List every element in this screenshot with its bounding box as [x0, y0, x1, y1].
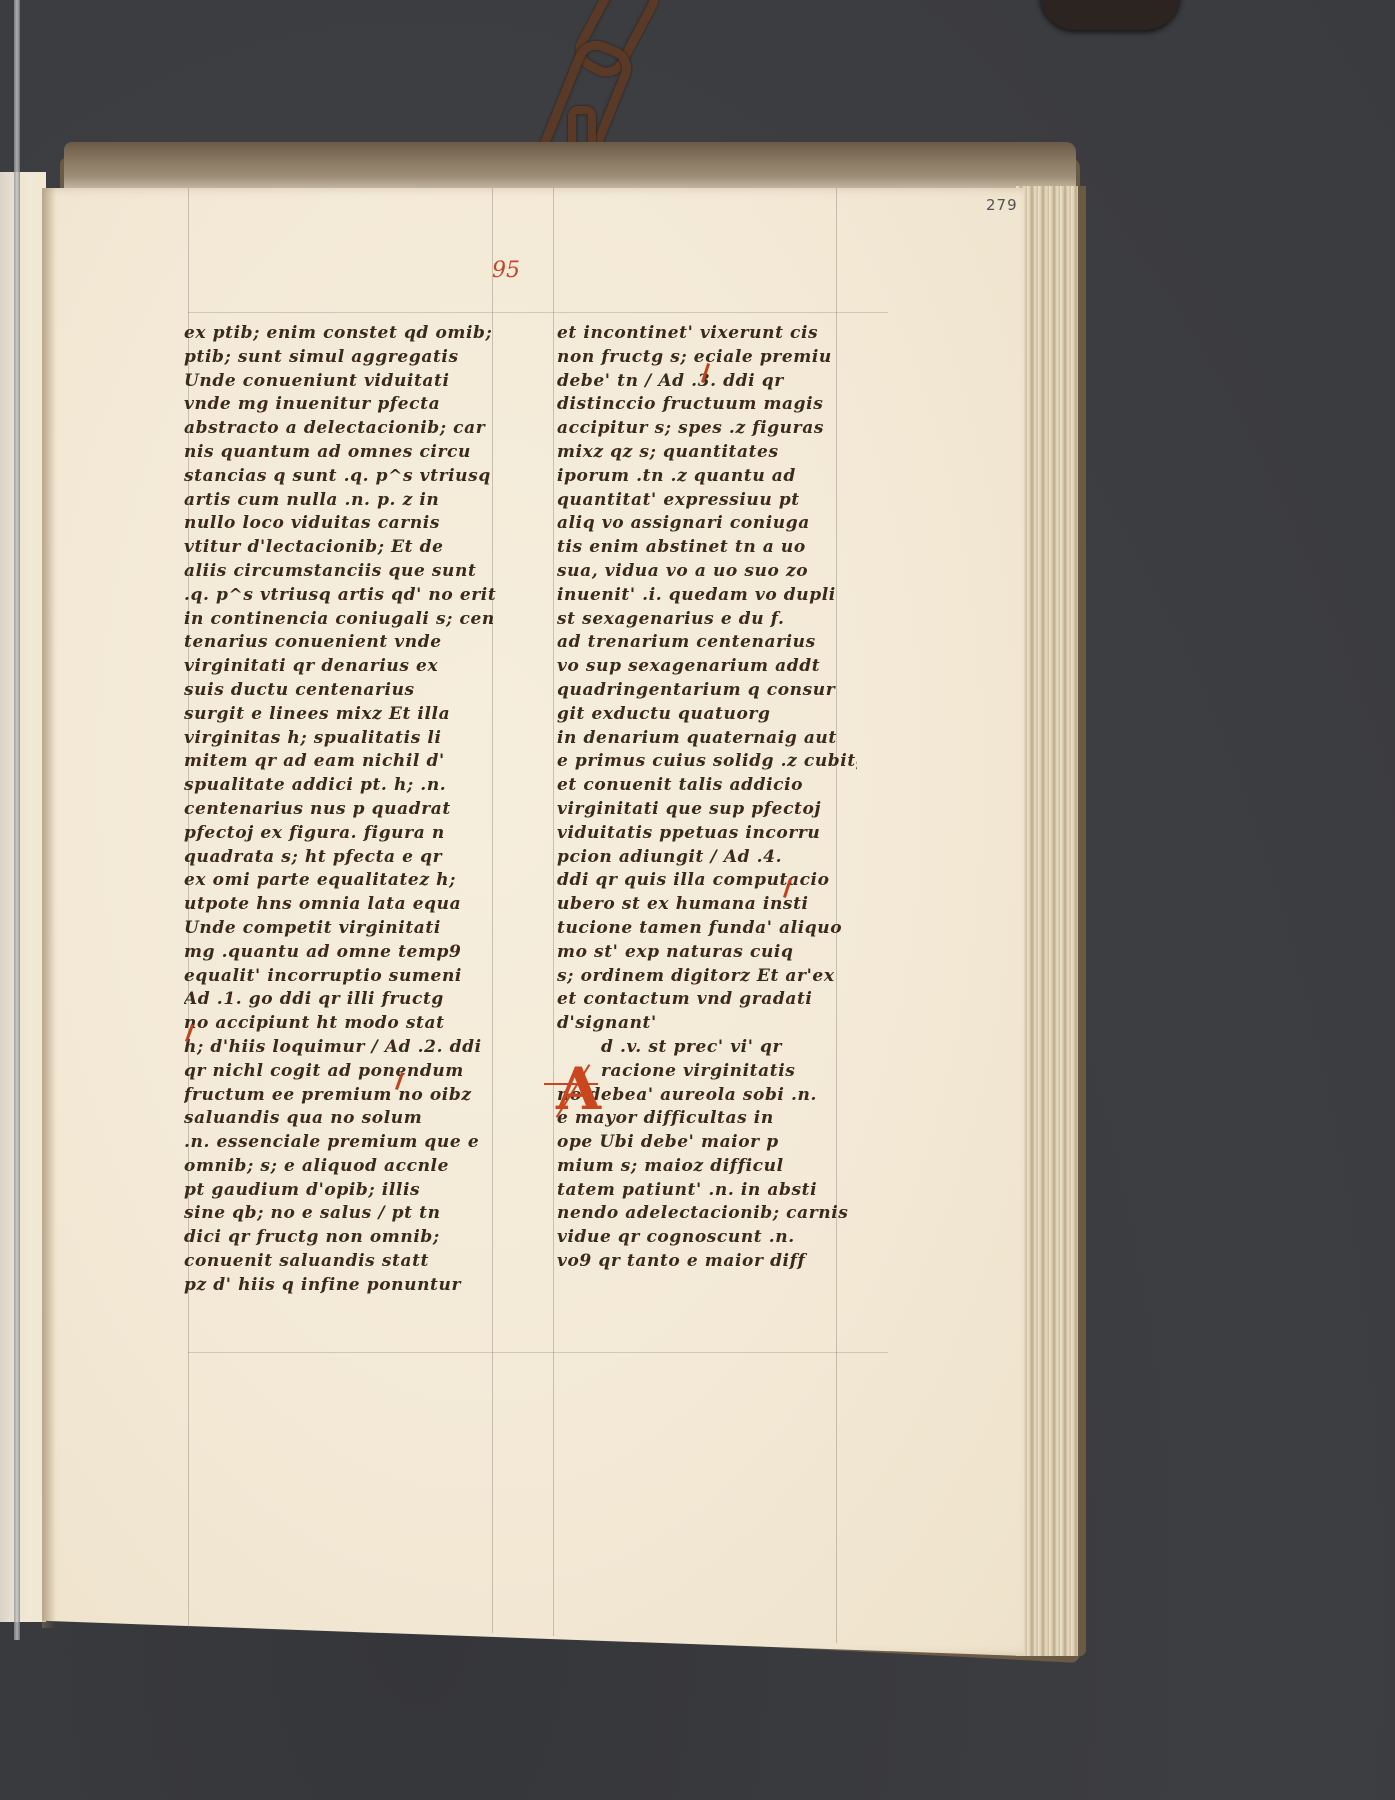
text-column-left: ex ptib; enim constet qd omib; ptib; sun… [184, 322, 496, 1298]
text-line: abstracto a delectacionib; car [184, 417, 496, 441]
text-line: quantitat' expressiuu pt [557, 489, 857, 513]
page-stack-fore-edge [1016, 186, 1086, 1656]
text-line: virginitati que sup pfectoj [557, 798, 857, 822]
text-line: et contactum vnd gradati [557, 988, 857, 1012]
text-line: pt gaudium d'opib; illis [184, 1179, 496, 1203]
text-line: Unde competit virginitati [184, 917, 496, 941]
text-line: viduitatis ppetuas incorru [557, 822, 857, 846]
text-line: in denarium quaternaig aut [557, 727, 857, 751]
text-line: ad trenarium centenarius [557, 631, 857, 655]
text-line: tatem patiunt' .n. in absti [557, 1179, 857, 1203]
text-line: conuenit saluandis statt [184, 1250, 496, 1274]
text-line: tenarius conuenient vnde [184, 631, 496, 655]
text-line: d .v. st prec' vi' qr [557, 1036, 857, 1060]
text-line: suis ductu centenarius [184, 679, 496, 703]
text-line: mitem qr ad eam nichil d' [184, 750, 496, 774]
text-line: ubero st ex humana insti [557, 893, 857, 917]
text-line: .q. p^s vtriusq artis qd' no erit [184, 584, 496, 608]
text-line: iporum .tn .z quantu ad [557, 465, 857, 489]
text-line: e mayor difficultas in [557, 1107, 857, 1131]
text-line: mium s; maioz difficul [557, 1155, 857, 1179]
text-line: vnde mg inuenitur pfecta [184, 393, 496, 417]
text-line: accipitur s; spes .z figuras [557, 417, 857, 441]
text-line: in continencia coniugali s; cen [184, 608, 496, 632]
text-line: racione virginitatis [557, 1060, 857, 1084]
text-line: saluandis qua no solum [184, 1107, 496, 1131]
text-line: utpote hns omnia lata equa [184, 893, 496, 917]
text-line: ex ptib; enim constet qd omib; [184, 322, 496, 346]
gutter-shadow [42, 188, 56, 1628]
text-line: quadrata s; ht pfecta e qr [184, 846, 496, 870]
text-line: spualitate addici pt. h; .n. [184, 774, 496, 798]
text-line: qr nichl cogit ad ponendum [184, 1060, 496, 1084]
ruling-line-bottom [188, 1352, 888, 1353]
text-line: stancias q sunt .q. p^s vtriusq [184, 465, 496, 489]
text-line: aliis circumstanciis que sunt [184, 560, 496, 584]
folio-number: 279 [986, 196, 1018, 214]
text-line: virginitati qr denarius ex [184, 655, 496, 679]
text-line: surgit e linees mixz Et illa [184, 703, 496, 727]
text-line: mg .quantu ad omne temp9 [184, 941, 496, 965]
text-line: Unde conueniunt viduitati [184, 370, 496, 394]
text-line: virginitas h; spualitatis li [184, 727, 496, 751]
text-line: nullo loco viduitas carnis [184, 512, 496, 536]
text-line: centenarius nus p quadrat [184, 798, 496, 822]
initial-flourish-line [544, 1083, 598, 1085]
text-line: s; ordinem digitorz Et ar'ex [557, 965, 857, 989]
text-line: ope Ubi debe' maior p [557, 1131, 857, 1155]
text-line: et conuenit talis addicio [557, 774, 857, 798]
text-line: nendo adelectacionib; carnis [557, 1202, 857, 1226]
text-line: st sexagenarius e du f. [557, 608, 857, 632]
text-line: ptib; sunt simul aggregatis [184, 346, 496, 370]
text-line: tis enim abstinet tn a uo [557, 536, 857, 560]
text-line: equalit' incorruptio sumeni [184, 965, 496, 989]
text-line: sine qb; no e salus / pt tn [184, 1202, 496, 1226]
chain-link-top-right [1040, 0, 1180, 30]
text-line: .n. essenciale premium que e [184, 1131, 496, 1155]
text-line: pfectoj ex figura. figura n [184, 822, 496, 846]
text-line: no accipiunt ht modo stat [184, 1012, 496, 1036]
text-line: ex omi parte equalitatez h; [184, 869, 496, 893]
text-line: mo st' exp naturas cuiq [557, 941, 857, 965]
text-line: d'signant' [557, 1012, 857, 1036]
text-line: sua, vidua vo a uo suo zo [557, 560, 857, 584]
text-line-rubricated: h; d'hiis loquimur / Ad .2. ddi [184, 1036, 496, 1060]
text-line-rubricated: Ad .1. go ddi qr illi fructg [184, 988, 496, 1012]
text-line: git exductu quatuorg [557, 703, 857, 727]
text-line-rubricated: pcion adiungit / Ad .4. [557, 846, 857, 870]
text-line: omnib; s; e aliquod accnle [184, 1155, 496, 1179]
rubricated-initial-A: A [556, 1060, 601, 1118]
previous-page-edge [0, 172, 46, 1622]
binding-top-edge [64, 142, 1076, 192]
ruling-line-right-inner [553, 188, 554, 1636]
text-line: mixz qz s; quantitates [557, 441, 857, 465]
text-column-right: et incontinet' vixerunt cis non fructg s… [557, 322, 857, 1274]
text-line: vo9 qr tanto e maior diff [557, 1250, 857, 1274]
text-line: fructum ee premium no oibz [184, 1084, 496, 1108]
text-line: aliq vo assignari coniuga [557, 512, 857, 536]
text-line: ddi qr quis illa computacio [557, 869, 857, 893]
text-line: quadringentarium q consur [557, 679, 857, 703]
text-line: artis cum nulla .n. p. z in [184, 489, 496, 513]
ruling-line-top [188, 312, 888, 313]
text-line: e primus cuius solidg .z cubitg [557, 750, 857, 774]
text-line: vo sup sexagenarium addt [557, 655, 857, 679]
text-line: distinccio fructuum magis [557, 393, 857, 417]
text-line: pz d' hiis q infine ponuntur [184, 1274, 496, 1298]
text-line: vtitur d'lectacionib; Et de [184, 536, 496, 560]
quire-number: 95 [492, 258, 520, 283]
text-line: tucione tamen funda' aliquo [557, 917, 857, 941]
text-line: et incontinet' vixerunt cis [557, 322, 857, 346]
text-line: nis quantum ad omnes circu [184, 441, 496, 465]
text-line: no debea' aureola sobi .n. [557, 1084, 857, 1108]
glass-plate-edge [14, 0, 20, 1640]
text-line: vidue qr cognoscunt .n. [557, 1226, 857, 1250]
text-line: inuenit' .i. quedam vo dupli [557, 584, 857, 608]
text-line: dici qr fructg non omnib; [184, 1226, 496, 1250]
